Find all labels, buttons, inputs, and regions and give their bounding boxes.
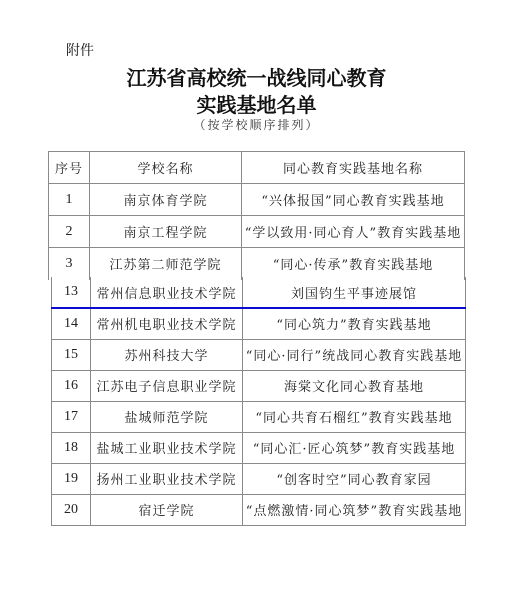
row-school: 苏州科技大学 — [91, 339, 243, 370]
row-base: “创客时空”同心教育家园 — [243, 463, 466, 494]
row-school: 盐城工业职业技术学院 — [91, 432, 243, 463]
row-base: “学以致用·同心育人”教育实践基地 — [242, 216, 465, 248]
table-row: 1 南京体育学院 “兴体报国”同心教育实践基地 — [49, 184, 465, 216]
row-school: 江苏电子信息职业学院 — [91, 370, 243, 401]
document-subtitle: （按学校顺序排列） — [0, 116, 513, 133]
row-base: “点燃激情·同心筑梦”教育实践基地 — [243, 494, 466, 525]
header-base: 同心教育实践基地名称 — [242, 152, 465, 184]
row-number: 1 — [49, 184, 90, 216]
table-row: 17 盐城师范学院 “同心共育石榴红”教育实践基地 — [52, 401, 466, 432]
row-school: 南京工程学院 — [90, 216, 242, 248]
row-base: “同心汇·匠心筑梦”教育实践基地 — [243, 432, 466, 463]
row-school: 盐城师范学院 — [91, 401, 243, 432]
row-school: 常州信息职业技术学院 — [91, 277, 243, 308]
row-base: “同心筑力”教育实践基地 — [243, 308, 466, 339]
header-number: 序号 — [49, 152, 90, 184]
table-row: 19 扬州工业职业技术学院 “创客时空”同心教育家园 — [52, 463, 466, 494]
row-school: 扬州工业职业技术学院 — [91, 463, 243, 494]
row-school: 常州机电职业技术学院 — [91, 308, 243, 339]
table-row: 15 苏州科技大学 “同心·同行”统战同心教育实践基地 — [52, 339, 466, 370]
row-base: 海棠文化同心教育基地 — [243, 370, 466, 401]
row-number: 19 — [52, 463, 91, 494]
base-list-table-bottom: 13 常州信息职业技术学院 刘国钧生平事迹展馆 14 常州机电职业技术学院 “同… — [51, 277, 466, 526]
row-school: 南京体育学院 — [90, 184, 242, 216]
row-base: “同心·同行”统战同心教育实践基地 — [243, 339, 466, 370]
row-base: “同心共育石榴红”教育实践基地 — [243, 401, 466, 432]
table-row: 13 常州信息职业技术学院 刘国钧生平事迹展馆 — [52, 277, 466, 308]
row-number: 17 — [52, 401, 91, 432]
row-school: 宿迁学院 — [91, 494, 243, 525]
table-row: 16 江苏电子信息职业学院 海棠文化同心教育基地 — [52, 370, 466, 401]
table-row: 18 盐城工业职业技术学院 “同心汇·匠心筑梦”教育实践基地 — [52, 432, 466, 463]
attachment-label: 附件 — [66, 40, 94, 60]
row-number: 13 — [52, 277, 91, 308]
row-number: 16 — [52, 370, 91, 401]
row-number: 18 — [52, 432, 91, 463]
row-base: 刘国钧生平事迹展馆 — [243, 277, 466, 308]
row-school: 江苏第二师范学院 — [90, 248, 242, 280]
header-school: 学校名称 — [90, 152, 242, 184]
row-number: 20 — [52, 494, 91, 525]
table-row: 14 常州机电职业技术学院 “同心筑力”教育实践基地 — [52, 308, 466, 339]
row-number: 3 — [49, 248, 90, 280]
row-base: “同心·传承”教育实践基地 — [242, 248, 465, 280]
document-title-line2: 实践基地名单 — [0, 89, 513, 118]
base-list-table-top: 序号 学校名称 同心教育实践基地名称 1 南京体育学院 “兴体报国”同心教育实践… — [48, 151, 465, 280]
document-title-line1: 江苏省高校统一战线同心教育 — [0, 62, 513, 91]
row-number: 14 — [52, 308, 91, 339]
row-number: 15 — [52, 339, 91, 370]
table-row: 3 江苏第二师范学院 “同心·传承”教育实践基地 — [49, 248, 465, 280]
row-base: “兴体报国”同心教育实践基地 — [242, 184, 465, 216]
row-number: 2 — [49, 216, 90, 248]
table-row: 2 南京工程学院 “学以致用·同心育人”教育实践基地 — [49, 216, 465, 248]
table-header-row: 序号 学校名称 同心教育实践基地名称 — [49, 152, 465, 184]
table-row: 20 宿迁学院 “点燃激情·同心筑梦”教育实践基地 — [52, 494, 466, 525]
